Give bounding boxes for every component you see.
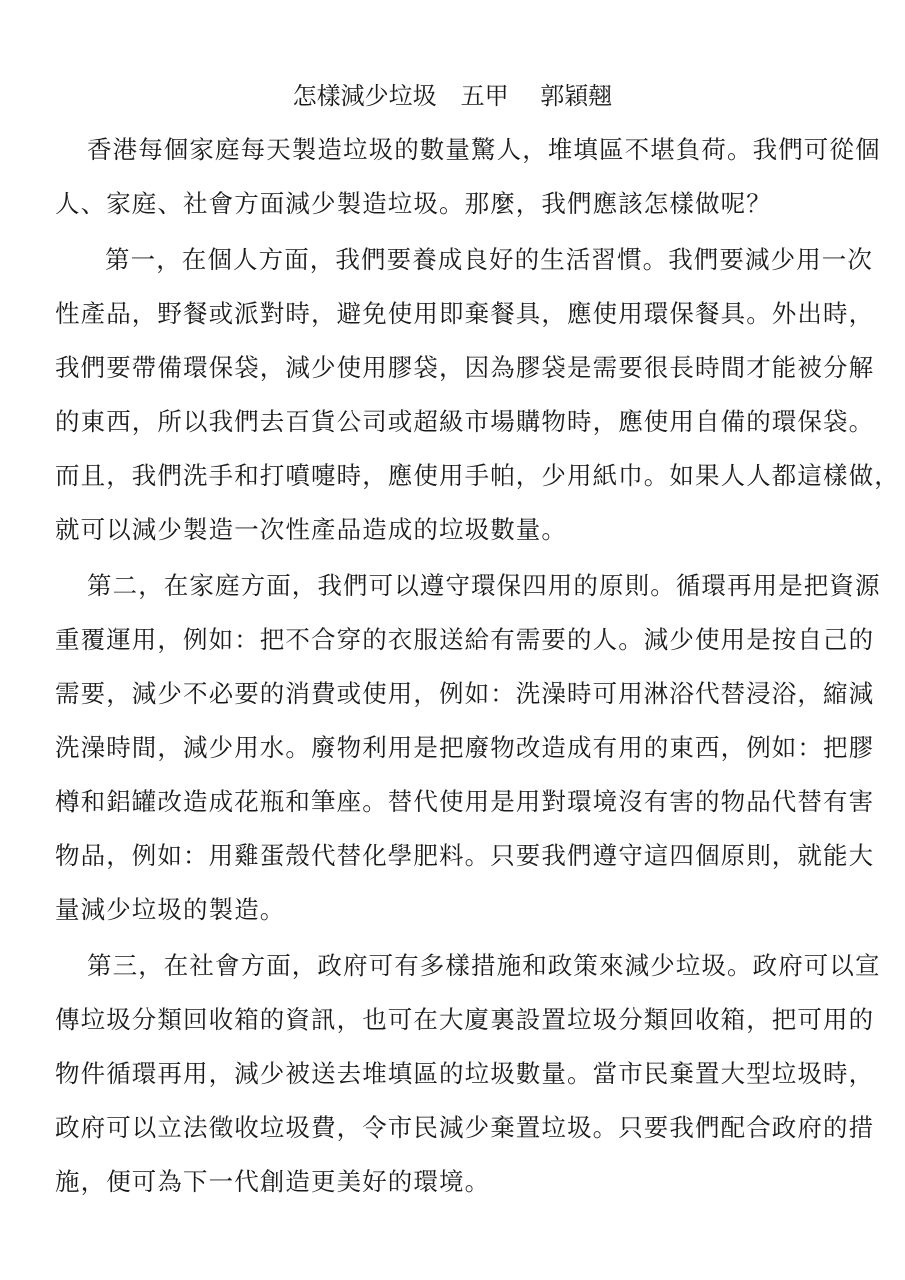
- paragraph-line: 樽和鋁罐改造成花瓶和筆座。替代使用是用對環境沒有害的物品代替有害: [55, 782, 874, 822]
- paragraph-line: 需要，減少不必要的消費或使用，例如：洗澡時可用淋浴代替浸浴，縮減: [55, 674, 874, 714]
- paragraph-line: 就可以減少製造一次性產品造成的垃圾數量。: [55, 510, 567, 550]
- paragraph-line: 物品，例如：用雞蛋殼代替化學肥料。只要我們遵守這四個原則，就能大: [55, 836, 874, 876]
- paragraph-line: 第二，在家庭方面，我們可以遵守環保四用的原則。循環再用是把資源: [87, 566, 881, 606]
- paragraph-line: 第一，在個人方面，我們要養成良好的生活習慣。我們要減少用一次: [105, 240, 873, 280]
- paragraph-line: 施，便可為下一代創造更美好的環境。: [55, 1162, 490, 1202]
- paragraph-line: 我們要帶備環保袋，減少使用膠袋，因為膠袋是需要很長時間才能被分解: [55, 348, 874, 388]
- paragraph-line: 第三，在社會方面，政府可有多樣措施和政策來減少垃圾。政府可以宣: [87, 946, 881, 986]
- paragraph-line: 政府可以立法徵收垃圾費，令市民減少棄置垃圾。只要我們配合政府的措: [55, 1108, 874, 1148]
- paragraph-line: 傳垃圾分類回收箱的資訊，也可在大廈裏設置垃圾分類回收箱，把可用的: [55, 1000, 874, 1040]
- paragraph-line: 的東西，所以我們去百貨公司或超級市場購物時，應使用自備的環保袋。: [55, 402, 874, 442]
- paragraph-line: 而且，我們洗手和打噴嚏時，應使用手帕，少用紙巾。如果人人都這樣做，: [55, 456, 900, 496]
- essay-title: 怎樣減少垃圾 五甲 郭穎翹: [0, 76, 905, 116]
- paragraph-line: 物件循環再用，減少被送去堆填區的垃圾數量。當市民棄置大型垃圾時，: [55, 1054, 874, 1094]
- document-page: 怎樣減少垃圾 五甲 郭穎翹 香港每個家庭每天製造垃圾的數量驚人，堆填區不堪負荷。…: [0, 0, 905, 1280]
- paragraph-line: 性產品，野餐或派對時，避免使用即棄餐具，應使用環保餐具。外出時，: [55, 294, 874, 334]
- paragraph-line: 量減少垃圾的製造。: [55, 890, 285, 930]
- paragraph-line: 洗澡時間，減少用水。廢物利用是把廢物改造成有用的東西，例如：把膠: [55, 728, 874, 768]
- paragraph-line: 人、家庭、社會方面減少製造垃圾。那麼，我們應該怎樣做呢？: [55, 184, 772, 224]
- paragraph-line: 香港每個家庭每天製造垃圾的數量驚人，堆填區不堪負荷。我們可從個: [87, 130, 881, 170]
- paragraph-line: 重覆運用，例如：把不合穿的衣服送給有需要的人。減少使用是按自己的: [55, 620, 874, 660]
